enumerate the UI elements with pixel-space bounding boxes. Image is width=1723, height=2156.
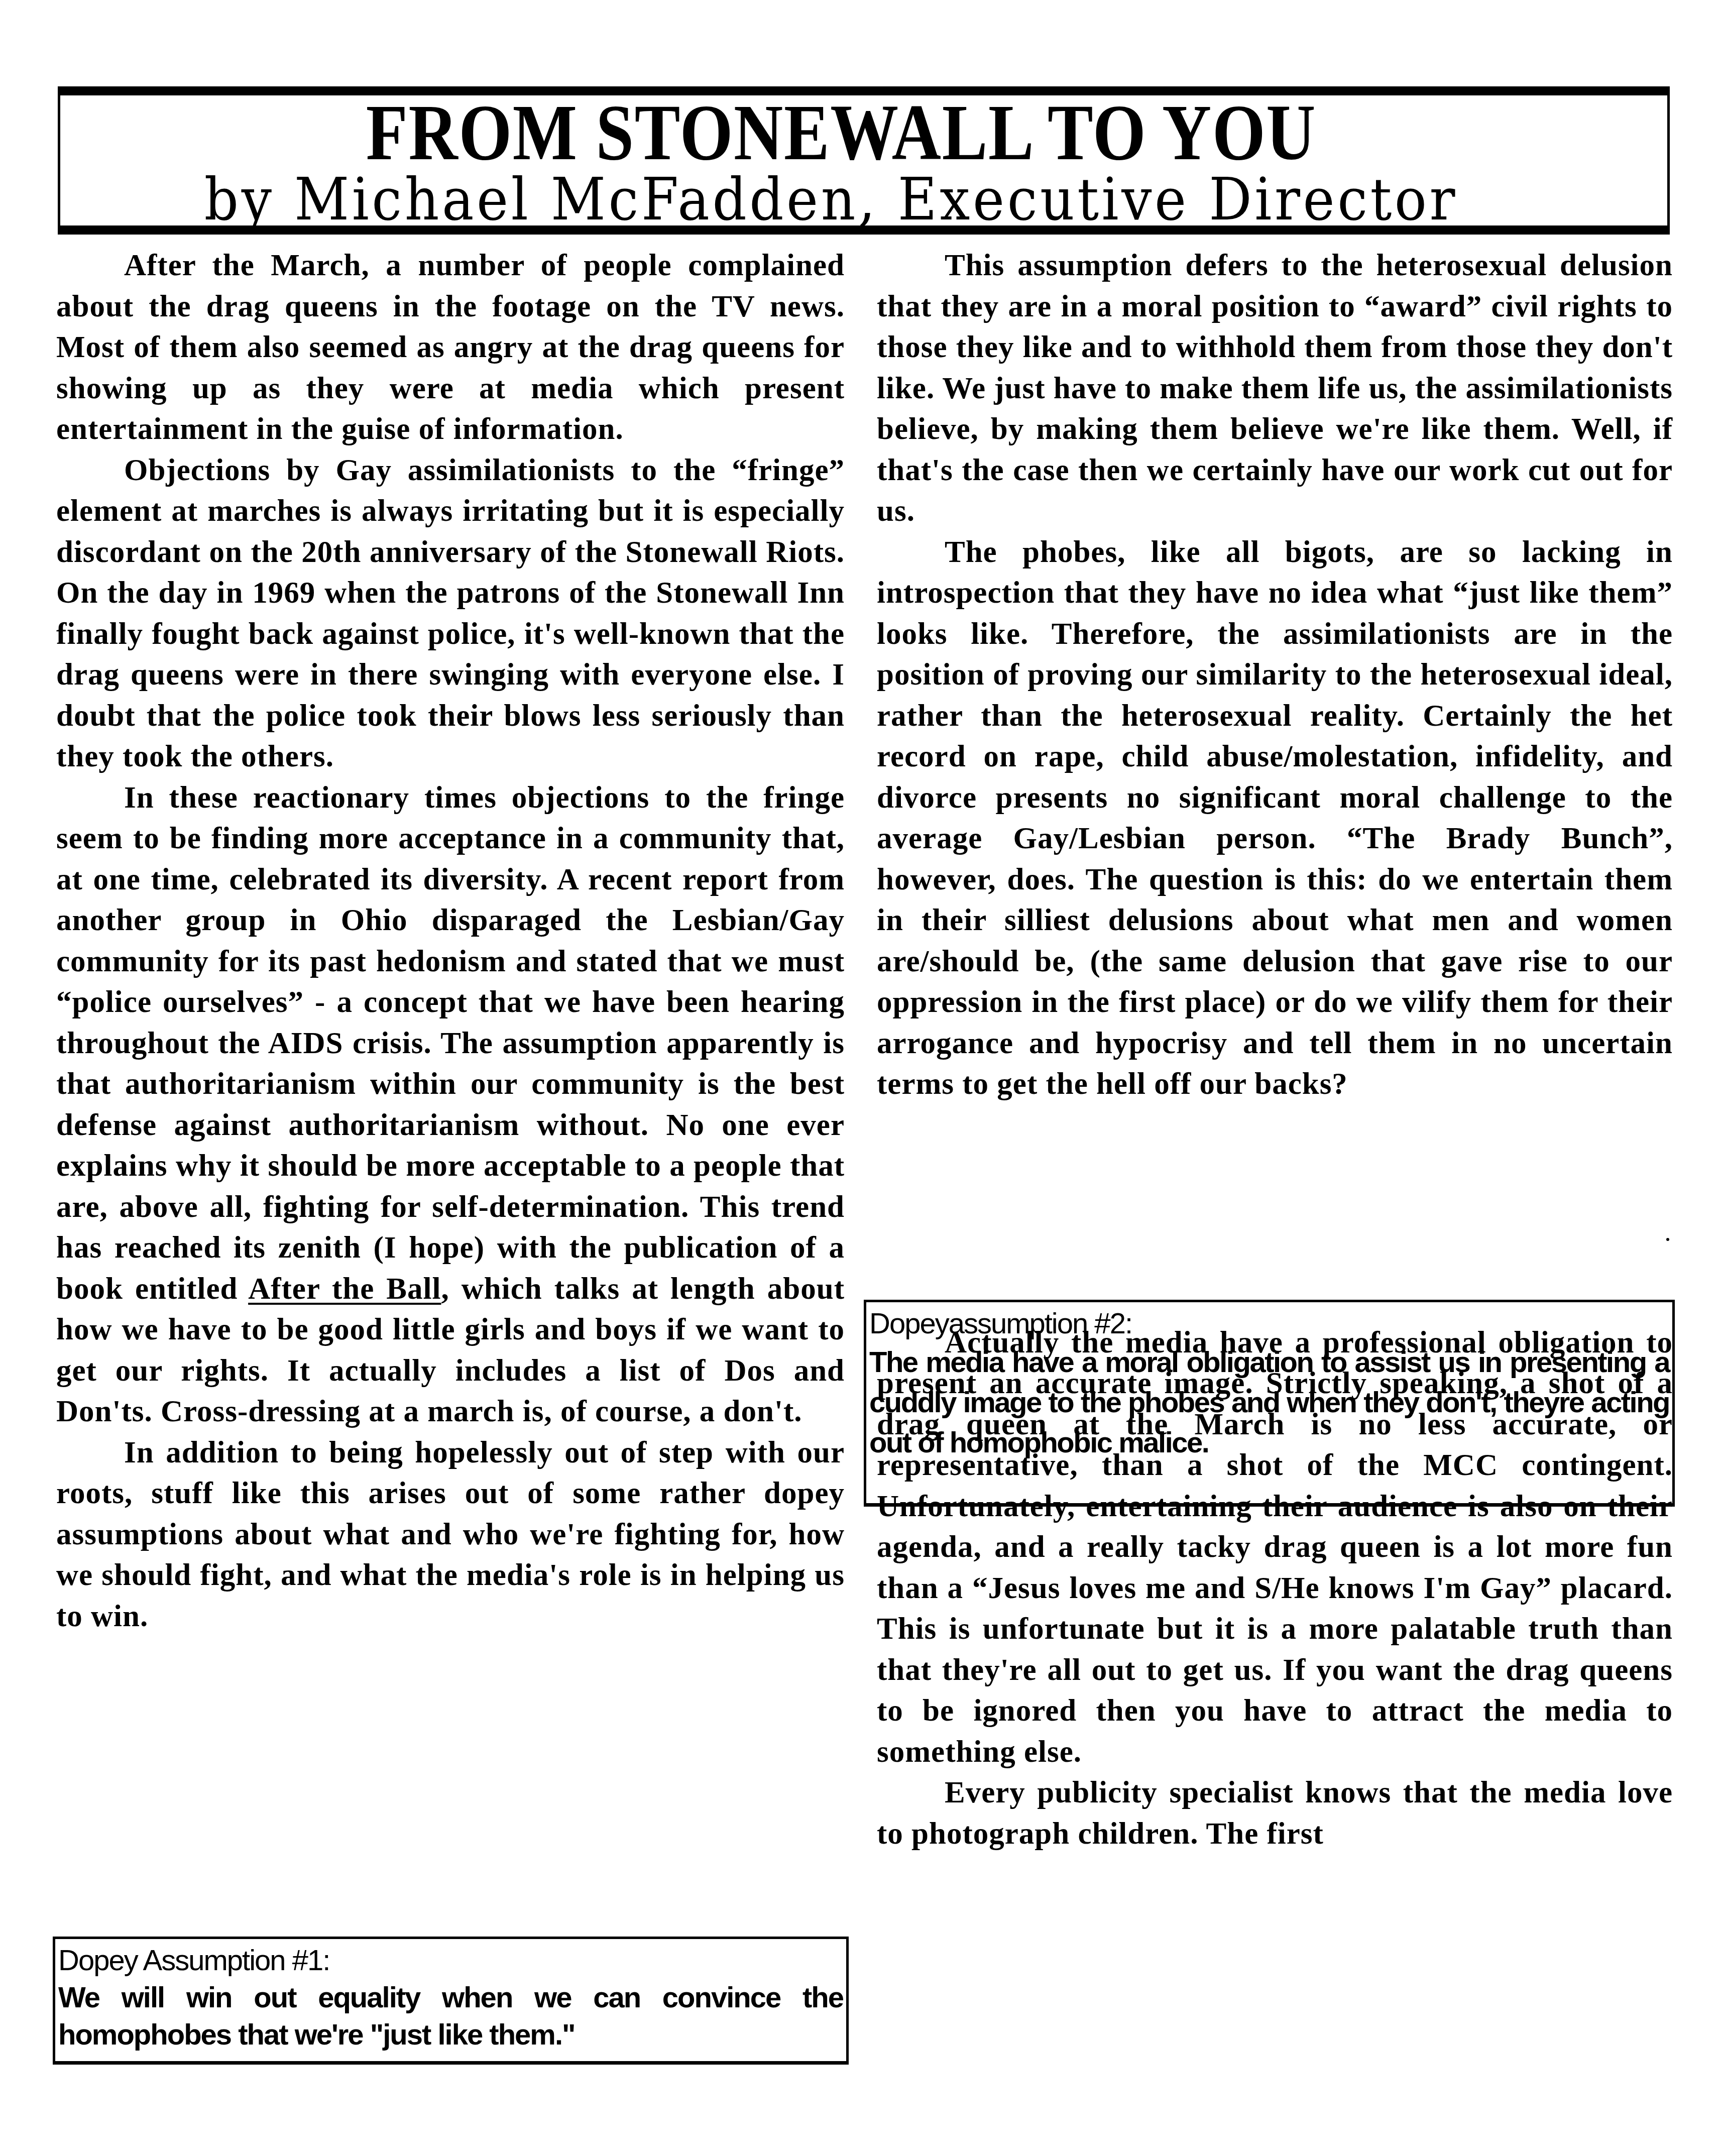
- callout-heading: Dopeyassumption #2:: [869, 1305, 1669, 1342]
- scan-speck: [1666, 1238, 1669, 1241]
- callout-body: We will win out equality when we can con…: [58, 1979, 843, 2054]
- paragraph: In these reactionary times objections to…: [56, 777, 845, 1432]
- headline-box: FROM STONEWALL TO YOU by Michael McFadde…: [58, 86, 1670, 235]
- book-title: After the Ball: [248, 1272, 441, 1306]
- paragraph-text: In these reactionary times objections to…: [56, 781, 845, 1306]
- callout-dopey-assumption-2: Dopeyassumption #2: The media have a mor…: [864, 1300, 1675, 1507]
- paragraph: The phobes, like all bigots, are so lack…: [877, 532, 1673, 1105]
- callout-heading: Dopey Assumption #1:: [58, 1942, 843, 1979]
- callout-spacer: [877, 1105, 1673, 1322]
- article-byline: by Michael McFadden, Executive Director: [62, 170, 1600, 230]
- paragraph: After the March, a number of people comp…: [56, 245, 845, 450]
- callout-dopey-assumption-1: Dopey Assumption #1: We will win out equ…: [53, 1937, 849, 2065]
- paragraph: Every publicity specialist knows that th…: [877, 1772, 1673, 1854]
- paragraph: This assumption defers to the heterosexu…: [877, 245, 1673, 532]
- right-column: This assumption defers to the heterosexu…: [877, 245, 1673, 1854]
- paragraph: In addition to being hopelessly out of s…: [56, 1432, 845, 1637]
- paragraph: Objections by Gay assimilationists to th…: [56, 450, 845, 777]
- left-column: After the March, a number of people comp…: [56, 245, 845, 1637]
- article-title: FROM STONEWALL TO YOU: [131, 95, 1551, 171]
- callout-body: The media have a moral obligation to ass…: [869, 1342, 1669, 1463]
